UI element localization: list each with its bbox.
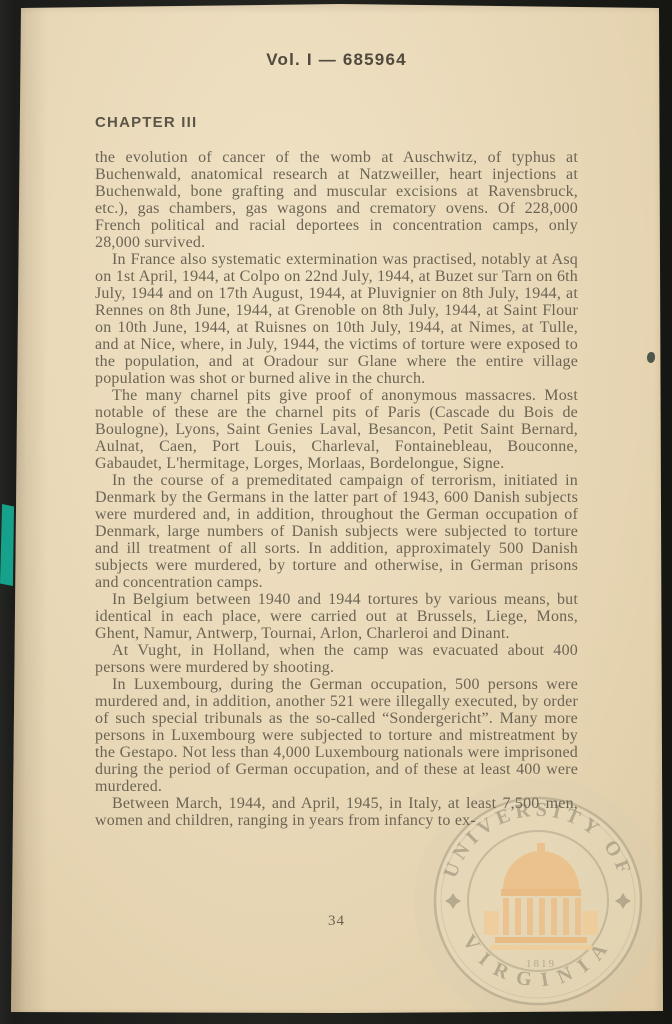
seal-inner-ring [468, 831, 608, 971]
chapter-heading: CHAPTER III [95, 114, 197, 131]
page-number: 34 [95, 913, 578, 930]
paragraph-2: In France also systematic extermination … [95, 251, 578, 387]
seal-mid-ring [441, 804, 635, 998]
seal-arc-bottom-text: VIRGINIA [458, 931, 618, 992]
paragraph-4: In the course of a premeditated campaign… [95, 472, 578, 591]
paragraph-6: At Vught, in Holland, when the camp was … [95, 642, 578, 676]
paragraph-1: the evolution of cancer of the womb at A… [95, 149, 578, 251]
teal-bookmark-strip [0, 504, 14, 586]
body-text: the evolution of cancer of the womb at A… [95, 149, 578, 829]
svg-text:VIRGINIA: VIRGINIA [458, 931, 618, 992]
paragraph-8: Between March, 1944, and April, 1945, in… [95, 795, 578, 829]
ink-speck [647, 352, 655, 363]
scan-background: UNIVERSITY OF VIRGINIA [0, 0, 672, 1024]
document-page: UNIVERSITY OF VIRGINIA [0, 0, 672, 1024]
paragraph-7: In Luxembourg, during the German occupat… [95, 676, 578, 795]
volume-header: Vol. I — 685964 [95, 50, 578, 70]
paragraph-5: In Belgium between 1940 and 1944 torture… [95, 591, 578, 642]
rotunda-icon [484, 843, 598, 950]
paragraph-3: The many charnel pits give proof of anon… [95, 387, 578, 472]
seal-star-icon [445, 893, 631, 909]
seal-year-label: 1819 [526, 958, 556, 970]
